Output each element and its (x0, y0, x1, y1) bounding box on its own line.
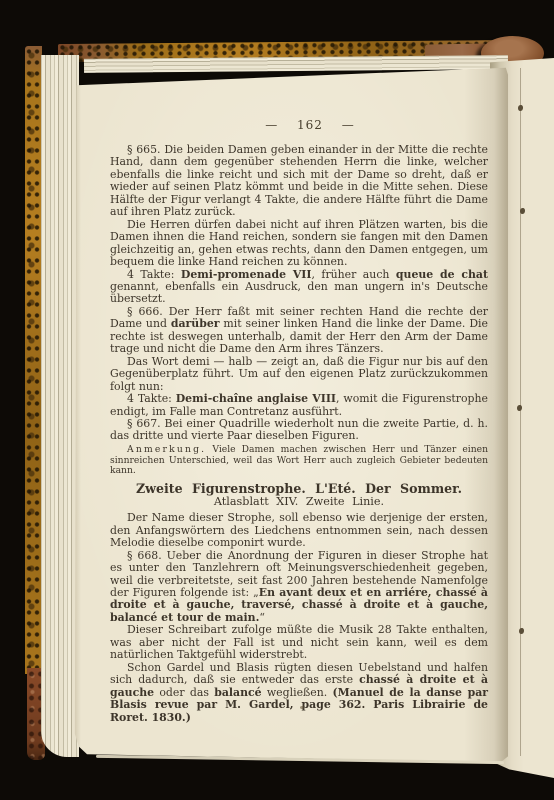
page-number: — 162 — (110, 118, 488, 132)
sewing-speck (519, 628, 524, 634)
text-segment: § 667. Bei einer Quadrille wiederholt nu… (110, 417, 488, 442)
paragraph: § 667. Bei einer Quadrille wiederholt nu… (110, 418, 488, 443)
text-segment: wegließen. (262, 686, 333, 699)
text-segment: oder das (154, 686, 214, 699)
text-segment: 4 Takte: (127, 268, 181, 281)
paragraph: Schon Gardel und Blasis rügten diesen Ue… (110, 662, 488, 724)
text-segment: § 665. Die beiden Damen geben einander i… (110, 143, 488, 218)
text-segment: queue de chat (396, 268, 488, 281)
paragraph: § 666. Der Herr faßt mit seiner rechten … (110, 306, 488, 356)
gutter-crease (520, 68, 521, 756)
text-segment: Atlasblatt XIV. Zweite Linie. (214, 495, 384, 508)
page-edges-left (41, 55, 79, 757)
paragraph: Der Name dieser Strophe, soll ebenso wie… (110, 512, 488, 549)
sewing-speck (520, 208, 525, 214)
paragraph: § 668. Ueber die Anordnung der Figuren i… (110, 550, 488, 625)
paragraph: Dieser Schreibart zufolge müßte die Musi… (110, 624, 488, 661)
text-segment: Der Name dieser Strophe, soll ebenso wie… (110, 511, 488, 549)
annotation-note: Anmerkung. Viele Damen machen zwischen H… (110, 445, 488, 477)
page-text-blocks: § 665. Die beiden Damen geben einander i… (110, 144, 488, 724)
text-segment: Anmerkung. (127, 444, 206, 455)
text-segment: Die Herren dürfen dabei nicht auf ihren … (110, 218, 488, 268)
paragraph: § 665. Die beiden Damen geben einander i… (110, 144, 488, 219)
text-segment: balancé (214, 686, 261, 699)
text-segment: 4 Takte: (127, 392, 176, 405)
sewing-speck (518, 105, 523, 111)
page-edges-top (84, 55, 508, 73)
page-text: — 162 — § 665. Die beiden Damen geben ei… (110, 118, 488, 724)
section-heading: Zweite Figurenstrophe. L'Eté. Der Sommer… (110, 482, 488, 496)
paragraph: 4 Takte: Demi-promenade VII, früher auch… (110, 269, 488, 306)
section-subheading: Atlasblatt XIV. Zweite Linie. (110, 496, 488, 509)
text-segment: Demi-promenade VII (181, 268, 312, 281)
book-photo: — 162 — § 665. Die beiden Damen geben ei… (0, 0, 554, 800)
text-segment: Das Wort demi — halb — zeigt an, daß die… (110, 355, 488, 393)
foxing-speck (300, 706, 304, 709)
sewing-speck (517, 405, 522, 411)
paragraph: Das Wort demi — halb — zeigt an, daß die… (110, 356, 488, 393)
text-segment: “ (259, 611, 265, 624)
paragraph: 4 Takte: Demi-chaîne anglaise VIII, womi… (110, 393, 488, 418)
text-segment: Demi-chaîne anglaise VIII (176, 392, 336, 405)
text-segment: genannt, ebenfalls ein Ausdruck, den man… (110, 280, 488, 305)
text-segment: darüber (171, 317, 220, 330)
text-segment: , früher auch (311, 268, 395, 281)
paragraph: Die Herren dürfen dabei nicht auf ihren … (110, 219, 488, 269)
book-cover-edge-left (25, 46, 42, 674)
text-segment: Dieser Schreibart zufolge müßte die Musi… (110, 623, 488, 661)
book-page: — 162 — § 665. Die beiden Damen geben ei… (74, 60, 508, 762)
